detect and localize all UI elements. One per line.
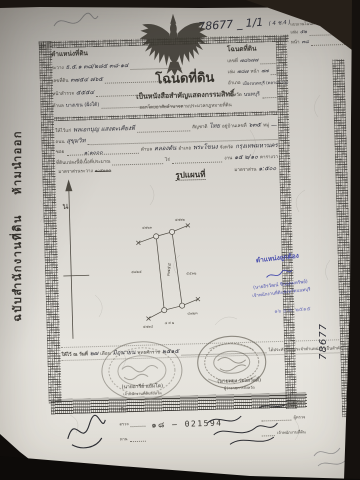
corner-page-label: หน้า [291,39,300,46]
blue-date-stamp: ๑๖ ธ.ค. ๒๕๑๕ [274,305,311,316]
signature-labels: ผู้เขียน ผู้ตรวจ เจ้าพนักงานที่ดิน [261,398,306,436]
soi-label: ซอย [56,149,65,156]
grant-amphoe-value: พระโขนง [193,142,218,153]
corner-page-value: ๓๘ [301,38,309,46]
tambon-label: ตำบล [52,103,63,110]
corner-ref-box: แบบเวนโฉนด เล่ม ๕๒ หน้า ๓๘ [290,19,347,47]
moo-label: หมู่ [263,122,269,129]
scale-pen: ๑:๕๐๐ [258,163,276,173]
corner-vol-value: ๕๒ [300,28,307,36]
deed-title: โฉนดที่ดิน [109,65,260,90]
nationality-value: ไทย [209,121,220,131]
dotted-line [262,430,276,436]
scale-sheet-value: ๑:๔๐๐๐ [95,168,112,175]
marker-south-note: ๔ ศ ๒ [165,321,175,325]
dotted-line [130,406,145,412]
marker-ne: ๔๗๒๒ [175,218,186,222]
tambon-value: บางเขน (ฝั่งใต้) [66,101,100,110]
blue-stamp-signature [264,266,295,279]
serial-prefix: ๑๘ [151,420,165,429]
issue-prefix: ให้ไว้ ณ วันที่ [61,351,88,359]
sig-writer-label: ผู้เขียน [293,398,305,405]
deed-form: แบบเวนโฉนด เล่ม ๕๒ หน้า ๓๘ ตำแหน่งที่ดิน… [38,25,360,434]
check-write-label: เขียน [119,405,128,412]
nationality-label: สัญชาติ [192,124,208,131]
dotted-line [262,92,287,99]
land-no-value: ๓๗๕๔ ๗๖๕ [70,74,103,85]
serial-dash: ― [172,420,179,429]
photo-of-land-deed: ฉบับสำนักงานที่ดิน ห้ามนำออก 78677 _ 1/1… [0,0,360,480]
moo-value: — [271,122,277,129]
marker-east: ๕๕๑๒ [186,271,197,275]
border-right-outer [332,59,354,417]
blue-stamp-line1: ตำแหน่งถูกต้อง [239,249,316,268]
deed-no-value: ๗๘๖๗๗ [240,56,259,65]
dotted-line [260,58,285,65]
seal-right-caption: (นายพยุง ว่องสวัสดิ์) ผู้ว่าราชการจังหวั… [196,376,282,392]
scale-plan: มาตราส่วน ๑:๕๐๐ [234,163,276,174]
owner-name: พลเอกบุญ แสงตะเคียงพี [73,123,135,135]
blue-stamp: ตำแหน่งถูกต้อง (นายถิรวัฒน์ ชินอุดมทรัพย… [239,249,319,300]
signature-left [61,404,114,455]
title-block: โฉนดที่ดิน เป็นหนังสือสำคัญแสดงกรรมสิทธิ… [109,65,260,112]
deed-page-value: ๗๗ [261,67,269,75]
survey-value: ๕๕๕๔ [76,87,94,98]
corner-vol-label: เล่ม [290,29,298,36]
road-value: สุขุมวิท [66,135,85,146]
north-arrow-icon: น [61,178,96,347]
dotted-line [129,436,146,442]
deed-no-label: เลขที่ [227,58,238,65]
marker-nw: ๔๗๒๑ [142,225,152,229]
grant-province-value: กรุงเทพมหานคร [235,140,278,151]
deed-box-title: โฉนดที่ดิน [227,43,285,55]
check-column: เขียน ตรวจ ทาน [119,405,146,443]
survey-label: หน้าสำรวจ [52,91,74,99]
ngan-label: งาน [224,155,232,162]
dotted-line [309,29,347,36]
sig-officer-label: เจ้าพนักงานที่ดิน [277,428,306,436]
dotted-line [271,69,286,75]
grant-province-label: จังหวัด [220,144,234,151]
grant-tambon-label: ตำบล [141,146,152,153]
wa-value: ๑๕ ๒/๑๐ [234,151,258,162]
scale-sheet-label: มาตราส่วนระวาง [58,168,93,176]
dotted-line [311,39,347,46]
plan-label: รูปแผนที่ [175,170,205,181]
house-no: ๖๓๕ [248,119,261,129]
parcel-sketch: ๔๗๒๑ ๔๗๒๒ ๔๗๒๓ ๔๗๒๔ ๕๘๒๕ ๕๕๑๒ ๔ ศ ๒ ๓๗๕๔ [128,210,236,331]
check-proof-label: ทาน [120,435,128,442]
parcel-number: ๓๗๕๔ [165,262,173,276]
seal-left-caption: (นายอารีย์ แย้มโต) เจ้าพนักงานที่ดินจังห… [100,382,184,398]
deed-subtext: ออกโดยอาศัยอำนาจตามประมวลกฎหมายที่ดิน [111,101,261,112]
marker-west: ๕๘๒๕ [131,270,142,274]
dotted-line [131,421,146,427]
north-label: น [62,202,68,212]
given-label: ให้ไว้แก่ [55,128,71,135]
scale-label: มาตราส่วน [234,167,256,175]
marker-sw: ๔๗๒๔ [143,324,154,328]
dotted-line [112,158,163,165]
pen-squiggle-bottom-right [310,436,350,472]
sig-checker-label: ผู้ตรวจ [293,413,305,420]
grant-tambon-value: คลองตัน [154,143,177,154]
marker-se: ๔๗๒๓ [187,311,198,315]
house-label: อยู่บ้านเลขที่ [222,123,247,131]
left-margin-stamp-text: ฉบับสำนักงานที่ดิน ห้ามนำออก [8,130,26,322]
area-label: ที่ดินแปลงนี้มีเนื้อที่ประมาณ [56,159,111,168]
scale-sheet-pen: ๑:๑๐๐๐ [84,149,103,158]
land-no-label: เลขที่ดิน [52,78,69,85]
dotted-line [261,415,291,422]
wa-label: ตารางวา [260,154,278,162]
rawang-label: ระวาง [51,65,64,72]
grant-amphoe-label: อำเภอ [178,145,191,152]
dotted-line [261,400,292,407]
check-verify-label: ตรวจ [119,420,129,427]
plan-heading: รูปแผนที่ [160,162,221,183]
margin-note-wrap: ฉบับสำนักงานที่ดิน ห้ามนำออก [8,128,32,398]
scale-sheet: มาตราส่วนระวาง ๑:๔๐๐๐ [58,168,111,176]
